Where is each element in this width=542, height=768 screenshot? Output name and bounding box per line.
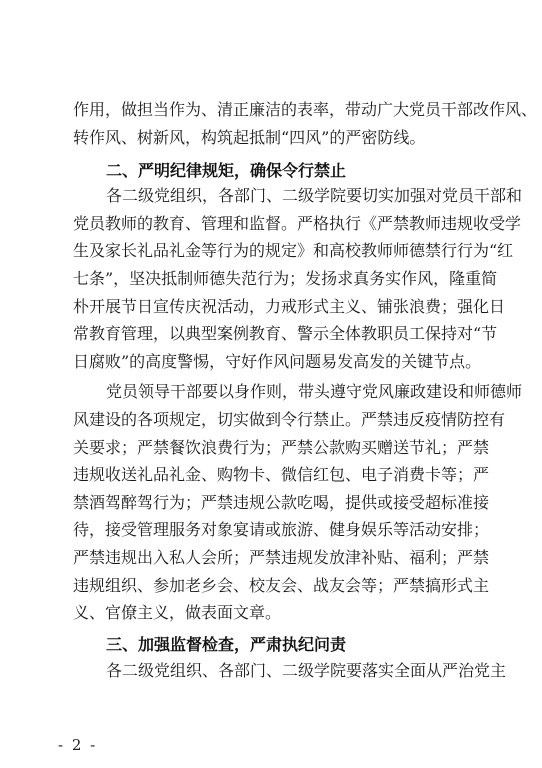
paragraph-continuation: 作用，做担当作为、清正廉洁的表率，带动广大党员干部改作风、 转作风、树新风，构筑… bbox=[73, 96, 477, 151]
text-line: 常教育管理，以典型案例教育、警示全体教职员工保持对“节 bbox=[73, 320, 477, 348]
paragraph-prohibitions: 党员领导干部要以身作则，带头遵守党风廉政建设和师德师 风建设的各项规定，切实做到… bbox=[73, 378, 477, 626]
text-line: 严禁违规出入私人会所；严禁违规发放津补贴、福利；严禁 bbox=[73, 544, 477, 572]
text-line: 风建设的各项规定，切实做到令行禁止。严禁违反疫情防控有 bbox=[73, 406, 477, 434]
text-line: 朴开展节日宣传庆祝活动，力戒形式主义、铺张浪费；强化日 bbox=[73, 293, 477, 321]
text-line: 待，接受管理服务对象宴请或旅游、健身娱乐等活动安排； bbox=[73, 516, 477, 544]
paragraph-discipline: 各二级党组织，各部门、二级学院要切实加强对党员干部和 党员教师的教育、管理和监督… bbox=[73, 182, 477, 375]
section-heading-2: 二、严明纪律规矩，确保令行禁止 bbox=[73, 156, 477, 185]
text-line: 各二级党组织，各部门、二级学院要切实加强对党员干部和 bbox=[73, 182, 477, 210]
text-line: 违规收送礼品礼金、购物卡、微信红包、电子消费卡等；严 bbox=[73, 461, 477, 489]
text-line: 禁酒驾醉驾行为；严禁违规公款吃喝，提供或接受超标准接 bbox=[73, 489, 477, 517]
text-line: 作用，做担当作为、清正廉洁的表率，带动广大党员干部改作风、 bbox=[73, 96, 477, 124]
document-page: 作用，做担当作为、清正廉洁的表率，带动广大党员干部改作风、 转作风、树新风，构筑… bbox=[73, 96, 477, 684]
text-line: 生及家长礼品礼金等行为的规定》和高校教师师德禁行行为“红 bbox=[73, 237, 477, 265]
section-heading-3: 三、加强监督检查，严肃执纪问责 bbox=[73, 630, 477, 659]
text-line: 七条”，坚决抵制师德失范行为；发扬求真务实作风，隆重简 bbox=[73, 265, 477, 293]
text-line: 违规组织、参加老乡会、校友会、战友会等；严禁搞形式主 bbox=[73, 572, 477, 600]
paragraph-supervision: 各二级党组织、各部门、二级学院要落实全面从严治党主 bbox=[73, 657, 477, 685]
text-line: 各二级党组织、各部门、二级学院要落实全面从严治党主 bbox=[73, 657, 477, 685]
text-line: 党员领导干部要以身作则，带头遵守党风廉政建设和师德师 bbox=[73, 378, 477, 406]
text-line: 党员教师的教育、管理和监督。严格执行《严禁教师违规收受学 bbox=[73, 210, 477, 238]
text-line: 日腐败”的高度警惕，守好作风问题易发高发的关键节点。 bbox=[73, 348, 477, 376]
text-line: 转作风、树新风，构筑起抵制“四风”的严密防线。 bbox=[73, 124, 477, 152]
text-line: 关要求；严禁餐饮浪费行为；严禁公款购买赠送节礼；严禁 bbox=[73, 434, 477, 462]
page-number: - 2 - bbox=[58, 736, 97, 754]
text-line: 义、官僚主义，做表面文章。 bbox=[73, 599, 477, 627]
